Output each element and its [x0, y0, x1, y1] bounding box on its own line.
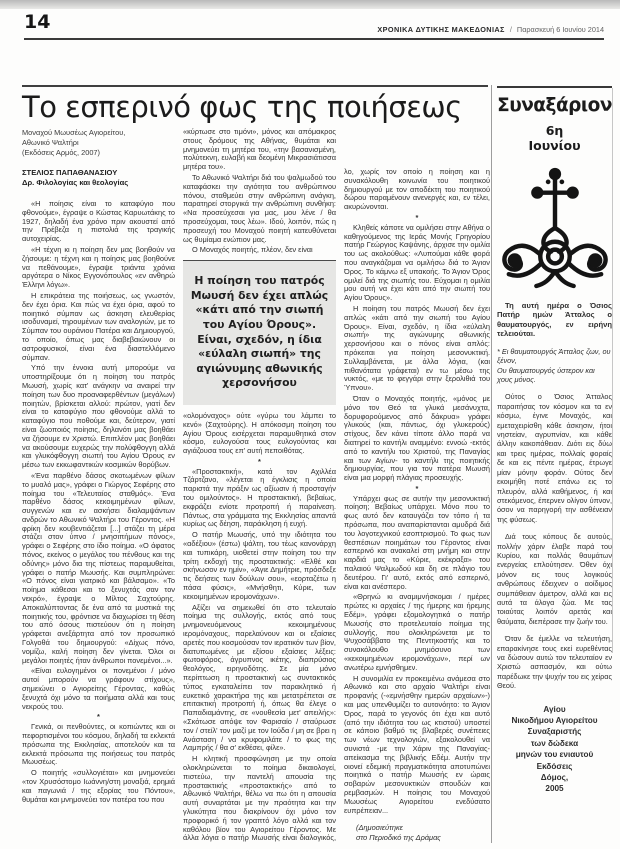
- article-paragraph: Όταν ο Μοναχός ποιητής, «μόνος με μόνο τ…: [344, 395, 490, 483]
- book-reference-line: Αθωνικό Ψαλτήρι: [22, 138, 175, 148]
- article-source-credit: (Δημοσιεύτηκεστο Περιοδικό της ΔράμαςΔΙΟ…: [344, 823, 490, 842]
- article-paragraph: Ο πατήρ Μωυσής, υπό την ιδιότητα του «αδ…: [183, 531, 336, 601]
- article-headline: Το εσπερινό φως της ποιήσεως: [22, 90, 488, 124]
- sidebar-source-line: μηνών του ενιαυτού: [497, 749, 612, 760]
- column-3-paragraphs: λο, χωρίς τον οποίο η ποίηση και η συνακ…: [344, 168, 490, 815]
- article-paragraph: Η συνομιλία εν προκειμένω ανάμεσα στο Αθ…: [344, 675, 490, 816]
- article-column-3: λο, χωρίς τον οποίο η ποίηση και η συνακ…: [344, 128, 490, 842]
- article-paragraph: Υπάρχει φως σε αυτήν την μεσονυκτική ποί…: [344, 495, 490, 592]
- column-sidebar-divider: [491, 85, 492, 843]
- synaxarion-sidebar: Συναξάριον 6ηΙουνίου: [497, 86, 612, 795]
- sidebar-paragraph: Διά τους κόπους δε αυτούς, πολλήν χάριν …: [497, 532, 612, 626]
- masthead-line: ΧΡΟΝΙΚΑ ΔΥΤΙΚΗΣ ΜΑΚΕΔΟΝΙΑΣ / Παρασκευή 6…: [377, 25, 604, 34]
- article-paragraph: Η ποίηση του πατρός Μωυσή δεν έχει απλώς…: [344, 305, 490, 393]
- sidebar-paragraph: Ούτος ο Όσιος Άτταλος παραιτήσας τον κόσ…: [497, 392, 612, 524]
- sidebar-verse-line: * Ει θαυματουργός Άτταλος ζων, ου ξένον,: [497, 347, 612, 365]
- author-name: ΣΤΕΛΙΟΣ ΠΑΠΑΘΑΝΑΣΙΟΥ: [22, 168, 175, 178]
- sidebar-source-line: των δώδεκα: [497, 738, 612, 749]
- article-paragraph: *: [22, 713, 175, 722]
- sidebar-date-line: 6η: [497, 123, 612, 138]
- source-credit-line: (Δημοσιεύτηκε: [356, 823, 490, 832]
- article-paragraph: Η επικράτεια της ποιήσεως, ως γνωστόν, δ…: [22, 292, 175, 362]
- byline-block: Μοναχού Μωυσέως Αγιορείτου,Αθωνικό Ψαλτή…: [22, 128, 175, 188]
- sidebar-source-line: Νικοδήμου Αγιορείτου: [497, 715, 612, 726]
- article-paragraph: «Η τέχνη κι η ποίηση δεν μας βοηθούν να …: [22, 246, 175, 290]
- column-2-bottom-paragraphs: «ολομόναχος» ούτε «γύρω του λάμπει το κε…: [183, 412, 336, 842]
- sidebar-source-line: Συναξαριστής: [497, 726, 612, 737]
- sidebar-source-line: Εκδόσεις: [497, 761, 612, 772]
- article-paragraph: «ολομόναχος» ούτε «γύρω του λάμπει το κε…: [183, 412, 336, 456]
- book-reference: Μοναχού Μωυσέως Αγιορείτου,Αθωνικό Ψαλτή…: [22, 128, 175, 158]
- article-paragraph: Υπό την έννοια αυτή μπορούμε να υποστηρί…: [22, 364, 175, 470]
- sidebar-source-line: Αγίου: [497, 704, 612, 715]
- sidebar-date: 6ηΙουνίου: [497, 123, 612, 153]
- pull-quote-box: Η ποίηση του πατρός Μωυσή δεν έχει απλώς…: [183, 260, 336, 405]
- book-reference-line: (Εκδόσεις Αρμός, 2007): [22, 148, 175, 158]
- masthead-date: Παρασκευή 6 Ιουνίου 2014: [517, 25, 604, 34]
- article-paragraph: Ο ποιητής «συλλογιέται» και μνημονεύει «…: [22, 769, 175, 804]
- article-column-2: «κύρτωσε στο τιμόνι», μόνος και απόμακρο…: [183, 128, 336, 842]
- sidebar-date-line: Ιουνίου: [497, 138, 612, 153]
- sidebar-title: Συναξάριον: [497, 95, 612, 116]
- article-paragraph: «Είναι ευλογημένοι οι πονεμένοι / μόνο α…: [22, 667, 175, 711]
- sidebar-verse-line: Ου θαυματουργός ύστερον και χους μόνος.: [497, 366, 612, 384]
- column-2-top-paragraphs: «κύρτωσε στο τιμόνι», μόνος και απόμακρο…: [183, 128, 336, 255]
- page-edge-line: [612, 88, 613, 653]
- article-paragraph: «Η ποίησις είναι το καταφύγιο που φθονού…: [22, 200, 175, 244]
- scan-edge-strip: [0, 0, 620, 9]
- article-paragraph: «κύρτωσε στο τιμόνι», μόνος και απόμακρο…: [183, 128, 336, 172]
- newspaper-page: 14 ΧΡΟΝΙΚΑ ΔΥΤΙΚΗΣ ΜΑΚΕΔΟΝΙΑΣ / Παρασκευ…: [0, 0, 620, 849]
- article-paragraph: «Ένα παρθένο δάσος σκοτωμένων φίλων το μ…: [22, 472, 175, 666]
- sidebar-source-line: 2005: [497, 783, 612, 794]
- article-paragraph: Η κλητική προσφώνηση με την οποία ολοκλη…: [183, 755, 336, 842]
- author-title: Δρ. Φιλολογίας και θεολογίας: [22, 178, 175, 188]
- article-paragraph: *: [344, 485, 490, 494]
- article-paragraph: «Θρηνώ κι αναμιμνήσκομαι / ημέρες πρώτες…: [344, 593, 490, 672]
- byzantine-cross-ornament-image: [500, 166, 610, 292]
- source-credit-line: στο Περιοδικό της Δράμας: [356, 833, 490, 842]
- page-number: 14: [24, 11, 50, 33]
- masthead-title: ΧΡΟΝΙΚΑ ΔΥΤΙΚΗΣ ΜΑΚΕΔΟΝΙΑΣ: [377, 25, 504, 34]
- sidebar-paragraphs: Ούτος ο Όσιος Άτταλος παραιτήσας τον κόσ…: [497, 392, 612, 690]
- article-paragraph: Αξίζει να σημειωθεί ότι στο τελευταίο πο…: [183, 604, 336, 754]
- header-rule: [24, 38, 604, 40]
- book-reference-line: Μοναχού Μωυσέως Αγιορείτου,: [22, 128, 175, 138]
- article-paragraph: Γενικά, οι πενθούντες, οι κοπιώντες και …: [22, 723, 175, 767]
- masthead-separator: /: [510, 25, 512, 34]
- article-paragraph: Κληθείς κάποτε να ομιλήσει στην Αθήνα ο …: [344, 224, 490, 303]
- article-paragraph: *: [344, 214, 490, 223]
- article-top-rule: [22, 85, 488, 87]
- sidebar-intro: Τη αυτή ημέρα ο Όσιος Πατήρ ημών Άτταλος…: [497, 301, 612, 339]
- sidebar-verse: * Ει θαυματουργός Άτταλος ζων, ου ξένον,…: [497, 347, 612, 385]
- sidebar-source-line: Δόμος,: [497, 772, 612, 783]
- sidebar-source-credit: ΑγίουΝικοδήμου ΑγιορείτουΣυναξαριστήςτων…: [497, 704, 612, 795]
- sidebar-paragraph: Όταν δε έμελλε να τελευτήση, επαρακίνησε…: [497, 634, 612, 690]
- pull-quote-text: Η ποίηση του πατρός Μωυσή δεν έχει απλώς…: [191, 274, 328, 389]
- article-column-1: Μοναχού Μωυσέως Αγιορείτου,Αθωνικό Ψαλτή…: [22, 128, 175, 842]
- article-paragraph: Το Αθωνικό Ψαλτήρι διά του ψαλμωδού του …: [183, 174, 336, 244]
- article-paragraph: *: [183, 458, 336, 467]
- article-paragraph: λο, χωρίς τον οποίο η ποίηση και η συνακ…: [344, 168, 490, 212]
- column-1-paragraphs: «Η ποίησις είναι το καταφύγιο που φθονού…: [22, 200, 175, 804]
- article-paragraph: «Προστακτική», κατά τον Αχιλλέα Τζάρτζαν…: [183, 468, 336, 530]
- article-paragraph: Ο Μοναχός ποιητής, πλέον, δεν είναι: [183, 246, 336, 255]
